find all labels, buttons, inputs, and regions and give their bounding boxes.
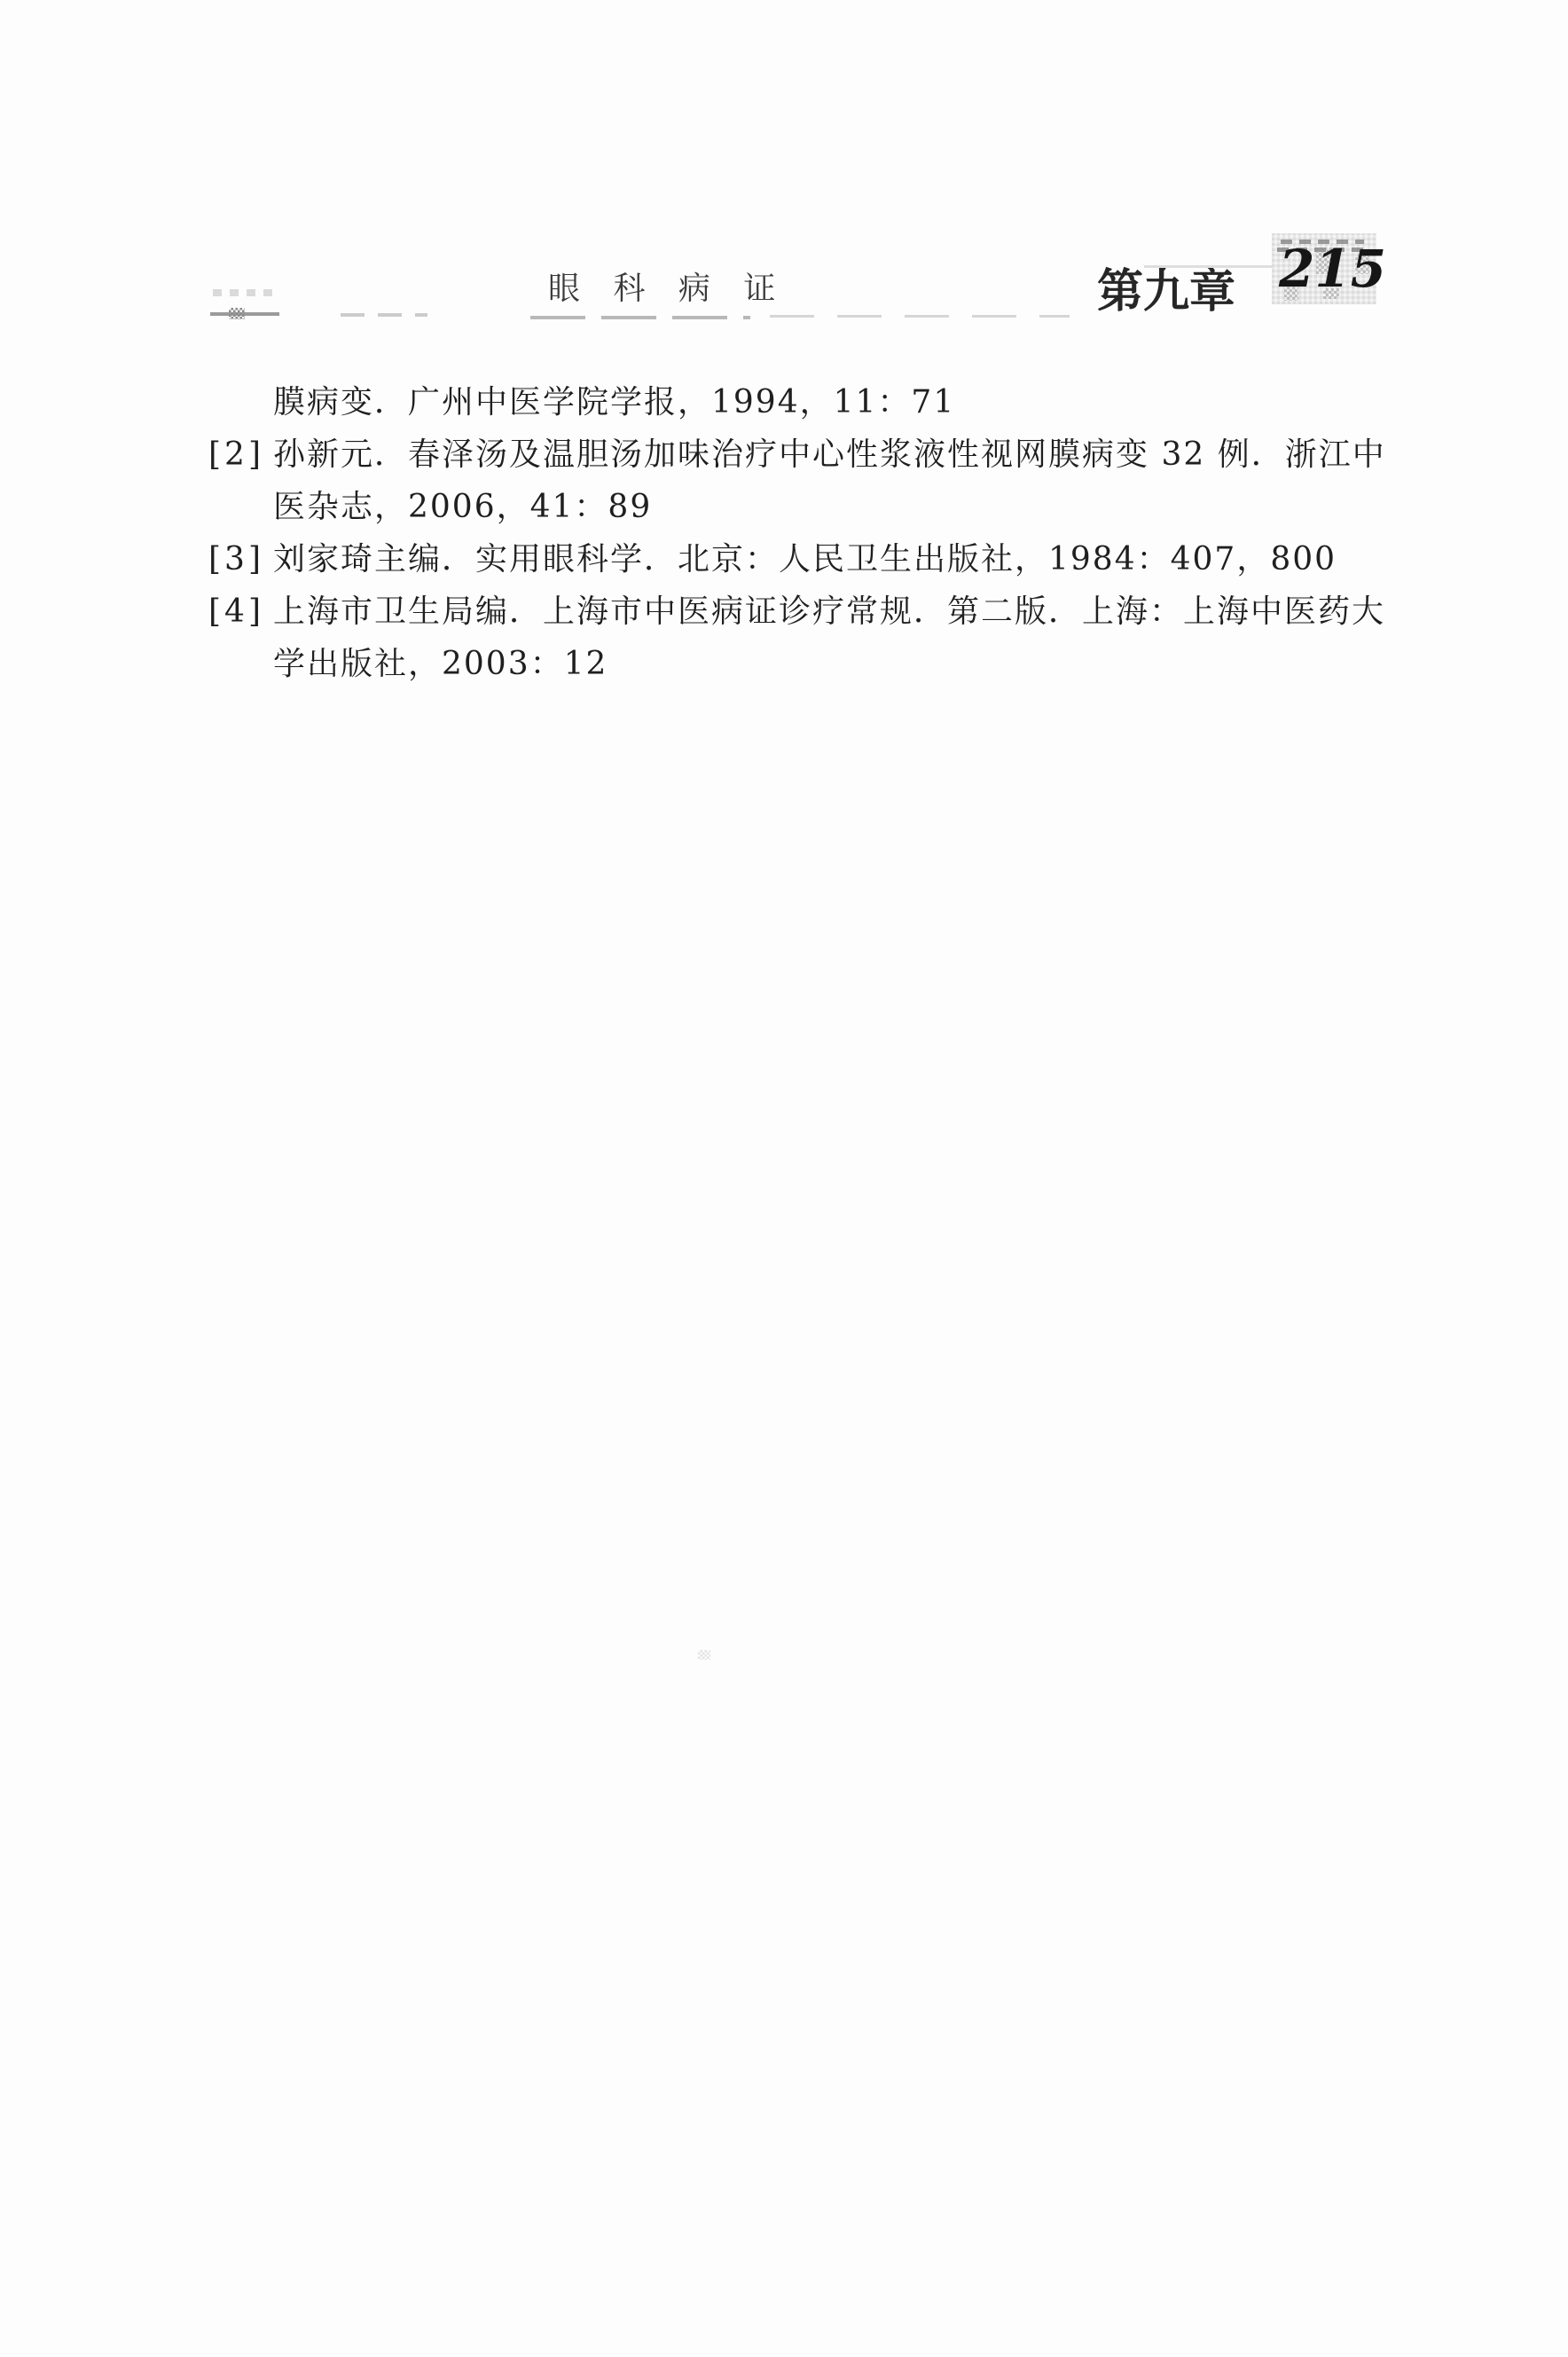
- reference-line: [2] 孙新元．春泽汤及温胆汤加味治疗中心性浆液性视网膜病变 32 例．浙江中: [208, 428, 1397, 481]
- reference-text: 孙新元．春泽汤及温胆汤加味治疗中心性浆液性视网膜病变 32 例．浙江中: [273, 428, 1386, 481]
- reference-text: 医杂志，2006，41：89: [273, 481, 652, 533]
- reference-text: 膜病变．广州中医学院学报，1994，11：71: [273, 376, 955, 428]
- reference-line: [4] 上海市卫生局编．上海市中医病证诊疗常规．第二版．上海：上海中医药大: [208, 585, 1397, 638]
- reference-line: 膜病变．广州中医学院学报，1994，11：71: [208, 376, 1397, 428]
- scanned-book-page: 眼 科 病 证 第九章 215 膜病变．广州中医学院学报，1994，11：71 …: [0, 0, 1568, 2357]
- scan-artifact: [210, 312, 279, 316]
- scan-artifact: [213, 289, 278, 296]
- scan-artifact: [229, 308, 245, 319]
- scan-artifact: [341, 313, 427, 317]
- scan-artifact: [770, 315, 1070, 318]
- reference-index: [3]: [208, 533, 264, 585]
- scan-artifact: [530, 316, 750, 319]
- reference-text: 上海市卫生局编．上海市中医病证诊疗常规．第二版．上海：上海中医药大: [273, 585, 1385, 638]
- reference-index: [4]: [208, 585, 264, 638]
- reference-text: 学出版社，2003：12: [273, 638, 608, 690]
- running-title: 眼 科 病 证: [548, 270, 787, 309]
- reference-index: [2]: [208, 428, 264, 481]
- reference-text: 刘家琦主编．实用眼科学．北京：人民卫生出版社，1984：407，800: [273, 533, 1337, 585]
- reference-line: [3] 刘家琦主编．实用眼科学．北京：人民卫生出版社，1984：407，800: [208, 533, 1397, 585]
- chapter-title: 第九章: [1097, 266, 1235, 318]
- scan-artifact: [1144, 265, 1274, 268]
- page-number: 215: [1279, 240, 1371, 297]
- references-list: 膜病变．广州中医学院学报，1994，11：71 [2] 孙新元．春泽汤及温胆汤加…: [208, 376, 1397, 690]
- reference-line: 医杂志，2006，41：89: [208, 481, 1397, 533]
- page-number-box: 215: [1272, 233, 1376, 304]
- scan-artifact: [698, 1650, 710, 1660]
- reference-line: 学出版社，2003：12: [208, 638, 1397, 690]
